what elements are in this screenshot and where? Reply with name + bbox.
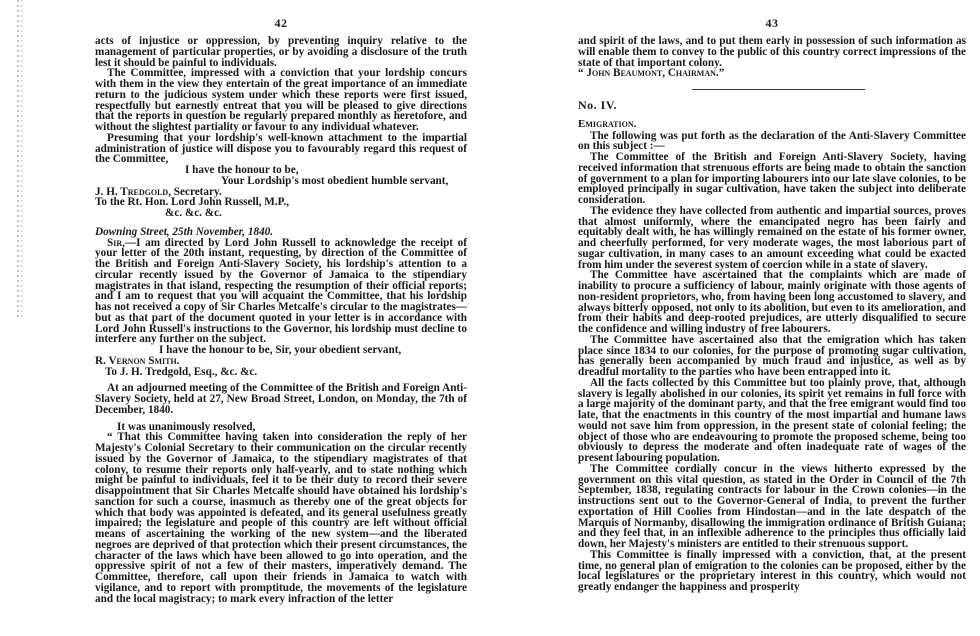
page-body: acts of injustice or oppression, by prev…: [95, 36, 467, 604]
signature: “ John Beaumont, Chairman.”: [578, 68, 966, 79]
paragraph: Sir,—I am directed by Lord John Russell …: [95, 238, 467, 346]
paragraph: At an adjourned meeting of the Committee…: [95, 383, 467, 415]
paragraph: The Committee have ascertained also that…: [578, 335, 966, 378]
book-spread: 42 acts of injustice or oppression, by p…: [0, 0, 980, 636]
page-left: 42 acts of injustice or oppression, by p…: [95, 0, 467, 604]
binding-edge: [14, 0, 26, 320]
paragraph: The Committee have ascertained that the …: [578, 270, 966, 335]
page-body: and spirit of the laws, and to put them …: [578, 36, 966, 593]
addressee-etc: &c. &c. &c.: [95, 208, 467, 219]
letter-body: —I am directed by Lord John Russell to a…: [95, 237, 467, 346]
page-right: 43 and spirit of the laws, and to put th…: [578, 0, 966, 593]
signature: R. Vernon Smith.: [95, 356, 467, 367]
paragraph: and spirit of the laws, and to put them …: [578, 36, 966, 68]
paragraph: The Committee of the British and Foreign…: [578, 152, 966, 206]
paragraph: The Committee, impressed with a convicti…: [95, 68, 467, 133]
paragraph: The following was put forth as the decla…: [578, 131, 966, 153]
section-number: No. IV.: [578, 100, 966, 111]
addressee: To J. H. Tredgold, Esq., &c. &c.: [95, 367, 467, 378]
paragraph: The Committee cordially concur in the vi…: [578, 464, 966, 550]
section-divider: [692, 89, 865, 90]
paragraph: Presuming that your lordship's well-know…: [95, 133, 467, 165]
paragraph: This Committee is finally impressed with…: [578, 550, 966, 593]
page-number: 43: [578, 16, 966, 36]
paragraph: acts of injustice or oppression, by prev…: [95, 36, 467, 68]
page-number: 42: [95, 16, 467, 36]
paragraph: The evidence they have collected from au…: [578, 206, 966, 271]
section-title: Emigration.: [578, 119, 966, 130]
addressee: To the Rt. Hon. Lord John Russell, M.P.,: [95, 197, 467, 208]
resolution-paragraph: “ That this Committee having taken into …: [95, 432, 467, 604]
paragraph: All the facts collected by this Committe…: [578, 378, 966, 464]
